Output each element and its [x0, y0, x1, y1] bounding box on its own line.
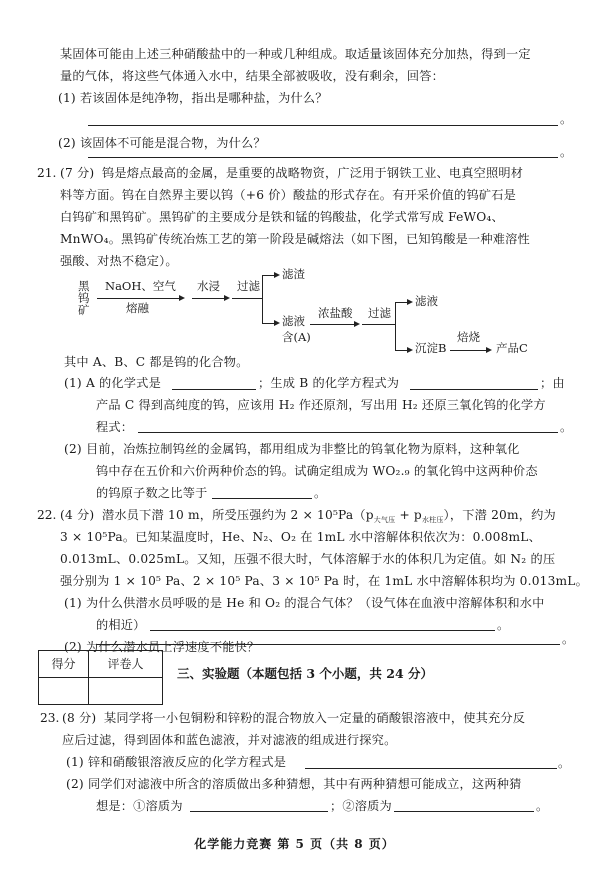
question-21-note: 其中 A、B、C 都是钨的化合物。 — [64, 356, 248, 368]
diagram-step3: 过滤 — [237, 281, 260, 293]
diagram-step1-reagent: NaOH、空气 — [105, 281, 176, 293]
answer-blank-21-1-equation-h2[interactable] — [138, 432, 558, 433]
score-header: 得分 — [39, 651, 89, 678]
question-22-score: (4 分) — [60, 509, 94, 521]
arrowhead-icon — [179, 295, 185, 301]
question-22-line-2: 3 × 10⁵Pa。已知某温度时，He、N₂、O₂ 在 1mL 水中溶解体积依次… — [60, 531, 541, 543]
intro-question-2: (2) 该固体不可能是混合物，为什么？ — [58, 137, 266, 149]
grader-cell[interactable] — [89, 678, 163, 705]
diagram-branch-1 — [262, 275, 263, 323]
diagram-arrow-1 — [97, 298, 181, 299]
question-21-part-1-a: (1) A 的化学式是 — [64, 377, 161, 389]
diagram-arrow-6 — [450, 350, 488, 351]
question-21-line-3: 白钨矿和黑钨矿。黑钨矿的主要成分是铁和锰的钨酸盐，化学式常写成 FeWO₄、 — [60, 211, 504, 223]
arrowhead-icon — [224, 295, 230, 301]
question-number-21: 21. — [37, 167, 56, 179]
question-22-part-1-line-2: 的相近） — [96, 619, 146, 631]
answer-blank-22-2[interactable] — [96, 644, 560, 645]
question-23-part-2-line-1: (2) 同学们对滤液中所含的溶质做出多种猜想，其中有两种猜想可能成立，这两种猜 — [66, 778, 522, 790]
question-21-part-2-line-3: 的钨原子数之比等于 — [96, 487, 208, 499]
arrowhead-icon — [486, 347, 492, 353]
diagram-step5: 过滤 — [368, 308, 391, 320]
plus-p: + p — [395, 508, 422, 522]
period-mark: 。 — [314, 487, 326, 499]
question-21-part-2-line-2: 钨中存在五价和六价两种价态的钨。试确定组成为 WO₂.₉ 的氧化钨中这两种价态 — [96, 465, 538, 477]
arrowhead-icon — [354, 321, 360, 327]
diagram-product-c: 产品C — [496, 343, 528, 355]
score-table: 得分 评卷人 — [38, 650, 163, 705]
answer-blank-23-2-guess-2[interactable] — [394, 811, 534, 812]
question-23-line-2: 应后过滤，得到固体和蓝色滤液，并对滤液的组成进行探究。 — [62, 734, 396, 746]
answer-blank-21-1-formula-a[interactable] — [172, 389, 256, 390]
arrowhead-icon — [274, 320, 280, 326]
page-footer: 化学能力竞赛 第 5 页（共 8 页） — [0, 838, 589, 850]
arrowhead-icon — [407, 347, 413, 353]
grader-header: 评卷人 — [89, 651, 163, 678]
diagram-filtrate-a: 滤液 — [282, 316, 305, 328]
question-23-part-1: (1) 锌和硝酸银溶液反应的化学方程式是 — [66, 756, 286, 768]
intro-line-1: 某固体可能由上述三种硝酸盐中的一种或几种组成。取适量该固体充分加热，得到一定 — [60, 48, 531, 60]
diagram-line-3 — [232, 298, 262, 299]
diagram-step4: 浓盐酸 — [318, 308, 353, 320]
process-flow-diagram: 黑 钨 矿 NaOH、空气 熔融 水浸 过滤 滤渣 滤液 含(A) 浓盐酸 过滤… — [60, 268, 530, 353]
period-mark: 。 — [560, 421, 572, 433]
question-21-line-4: MnWO₄。黑钨矿传统冶炼工艺的第一阶段是碱熔法（如下图，已知钨酸是一种难溶性 — [60, 233, 530, 245]
question-23-part-2-line-2-a: 想是：①溶质为 — [96, 800, 183, 812]
diagram-branch-2 — [395, 302, 396, 350]
period-mark: 。 — [536, 800, 548, 812]
question-23-part-2-line-2-b: ；②溶质为 — [330, 800, 392, 812]
question-21-part-1-line-2: 产品 C 得到高纯度的钨，应该用 H₂ 作还原剂，写出用 H₂ 还原三氧化钨的化… — [96, 399, 546, 411]
intro-question-1: (1) 若该固体是纯净物，指出是哪种盐，为什么？ — [58, 92, 328, 104]
question-number-23: 23. — [40, 712, 59, 724]
question-22-line-3: 0.013mL、0.025mL。又知，压强不很大时，气体溶解于水的体积几为定值。… — [60, 553, 555, 565]
question-21-line-2: 料等方面。钨在自然界主要以钨（+6 价）酸盐的形式存在。有开采价值的钨矿石是 — [60, 189, 516, 201]
question-22-line-1: 潜水员下潜 10 m，所受压强约为 2 × 10⁵Pa（p大气压 + p水柱压）… — [102, 509, 556, 524]
answer-blank-23-1[interactable] — [305, 768, 557, 769]
question-23-line-1: 某同学将一小包铜粉和锌粉的混合物放入一定量的硝酸银溶液中，使其充分反 — [104, 712, 525, 724]
answer-blank-22-1[interactable] — [150, 630, 495, 631]
diagram-step1-condition: 熔融 — [126, 303, 149, 315]
diagram-arrow-4 — [310, 324, 356, 325]
diagram-filtrate-2: 滤液 — [415, 296, 438, 308]
diagram-start-char-3: 矿 — [78, 304, 90, 316]
arrowhead-icon — [274, 272, 280, 278]
diagram-residue: 滤渣 — [282, 269, 305, 281]
answer-blank-intro-1[interactable] — [88, 125, 558, 126]
section-3-title: 三、实验题（本题包括 3 个小题，共 24 分） — [177, 668, 433, 681]
arrowhead-icon — [407, 299, 413, 305]
subscript-water-column: 水柱压 — [422, 516, 444, 524]
question-21-part-2-line-1: (2) 目前，冶炼拉制钨丝的金属钨，都用组成为非整比的钨氧化物为原料，这种氧化 — [64, 443, 520, 455]
diagram-precipitate-b: 沉淀B — [415, 343, 446, 355]
score-cell[interactable] — [39, 678, 89, 705]
question-22-line-4: 强分别为 1 × 10⁵ Pa、2 × 10⁵ Pa、3 × 10⁵ Pa 时，… — [60, 575, 588, 587]
period-mark: 。 — [562, 633, 574, 645]
diagram-arrow-2 — [192, 298, 228, 299]
answer-blank-21-2-ratio[interactable] — [212, 498, 312, 499]
question-22-line-1-a: 潜水员下潜 10 m，所受压强约为 2 × 10⁵Pa（p — [102, 508, 374, 522]
answer-blank-21-1-equation-b[interactable] — [410, 389, 538, 390]
answer-blank-intro-2[interactable] — [88, 157, 558, 158]
subscript-atmospheric: 大气压 — [374, 516, 396, 524]
period-mark: 。 — [560, 146, 572, 158]
diagram-step2: 水浸 — [197, 281, 220, 293]
period-mark: 。 — [497, 619, 509, 631]
question-22-part-1-line-1: (1) 为什么供潜水员呼吸的是 He 和 O₂ 的混合气体？（设气体在血液中溶解… — [64, 597, 545, 609]
question-21-part-1-c: ；由 — [540, 377, 565, 389]
question-21-part-1-line-3: 程式： — [96, 421, 133, 433]
diagram-line-5 — [362, 324, 395, 325]
question-21-line-1: 钨是熔点最高的金属，是重要的战略物资，广泛用于钢铁工业、电真空照明材 — [102, 167, 523, 179]
question-21-score: (7 分) — [60, 167, 94, 179]
diagram-contains-a: 含(A) — [282, 332, 311, 344]
intro-line-2: 量的气体，将这些气体通入水中，结果全部被吸收，没有剩余，回答： — [60, 70, 444, 82]
question-21-part-1-b: ；生成 B 的化学方程式为 — [258, 377, 399, 389]
period-mark: 。 — [560, 113, 572, 125]
question-21-line-5: 强酸、对热不稳定）。 — [60, 255, 178, 267]
question-22-line-1-b: ），下潜 20m，约为 — [444, 508, 556, 522]
question-number-22: 22. — [37, 509, 56, 521]
question-23-score: (8 分) — [62, 712, 96, 724]
diagram-step6: 焙烧 — [457, 332, 480, 344]
answer-blank-23-2-guess-1[interactable] — [190, 811, 328, 812]
period-mark: 。 — [558, 757, 570, 769]
